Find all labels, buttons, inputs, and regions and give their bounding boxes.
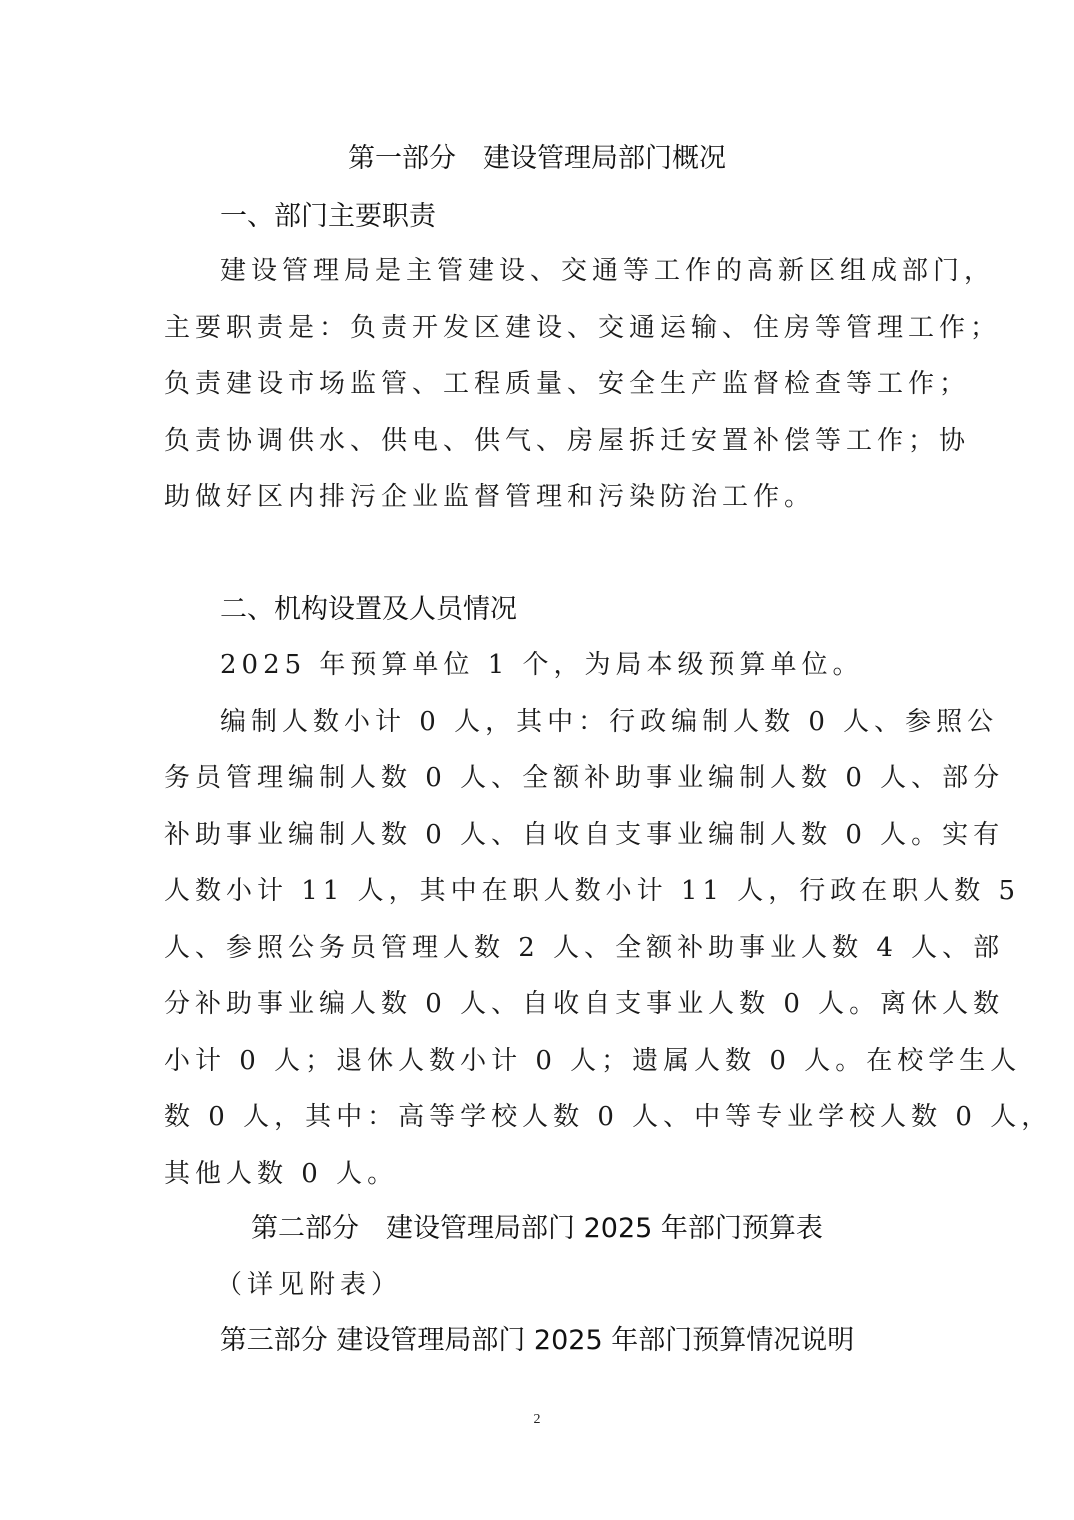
staffing-line: 人、参照公务员管理人数 2 人、全额补助事业人数 4 人、部: [164, 935, 1004, 961]
section1-line: 建设管理局是主管建设、交通等工作的高新区组成部门，: [220, 258, 995, 284]
section1-line: 助做好区内排污企业监督管理和污染防治工作。: [164, 484, 815, 510]
section2-heading: 二、机构设置及人员情况: [220, 596, 517, 623]
part1-title: 第一部分 建设管理局部门概况: [0, 145, 1074, 172]
staffing-line: 编制人数小计 0 人，其中：行政编制人数 0 人、参照公: [220, 709, 998, 735]
page-number: 2: [0, 1413, 1074, 1427]
part3-title: 第三部分 建设管理局部门 2025 年部门预算情况说明: [0, 1327, 1074, 1354]
section1-line: 负责建设市场监管、工程质量、安全生产监督检查等工作；: [164, 371, 970, 397]
staffing-line: 其他人数 0 人。: [164, 1161, 398, 1187]
staffing-line: 补助事业编制人数 0 人、自收自支事业编制人数 0 人。实有: [164, 822, 1004, 848]
section1-line: 主要职责是：负责开发区建设、交通运输、住房等管理工作；: [164, 315, 1001, 341]
part2-note: （详见附表）: [216, 1272, 402, 1298]
budget-unit-paragraph: 2025 年预算单位 1 个，为局本级预算单位。: [220, 652, 864, 678]
staffing-line: 数 0 人，其中：高等学校人数 0 人、中等专业学校人数 0 人，: [164, 1104, 1052, 1130]
part2-title: 第二部分 建设管理局部门 2025 年部门预算表: [0, 1215, 1074, 1242]
document-page: 第一部分 建设管理局部门概况 一、部门主要职责 建设管理局是主管建设、交通等工作…: [0, 0, 1074, 1520]
section1-line: 负责协调供水、供电、供气、房屋拆迁安置补偿等工作；协: [164, 428, 970, 454]
staffing-line: 小计 0 人；退休人数小计 0 人；遗属人数 0 人。在校学生人: [164, 1048, 1021, 1074]
staffing-line: 务员管理编制人数 0 人、全额补助事业编制人数 0 人、部分: [164, 765, 1004, 791]
staffing-line: 人数小计 11 人，其中在职人数小计 11 人，行政在职人数 5: [164, 878, 1020, 904]
section1-heading: 一、部门主要职责: [220, 203, 436, 230]
staffing-line: 分补助事业编人数 0 人、自收自支事业人数 0 人。离休人数: [164, 991, 1004, 1017]
